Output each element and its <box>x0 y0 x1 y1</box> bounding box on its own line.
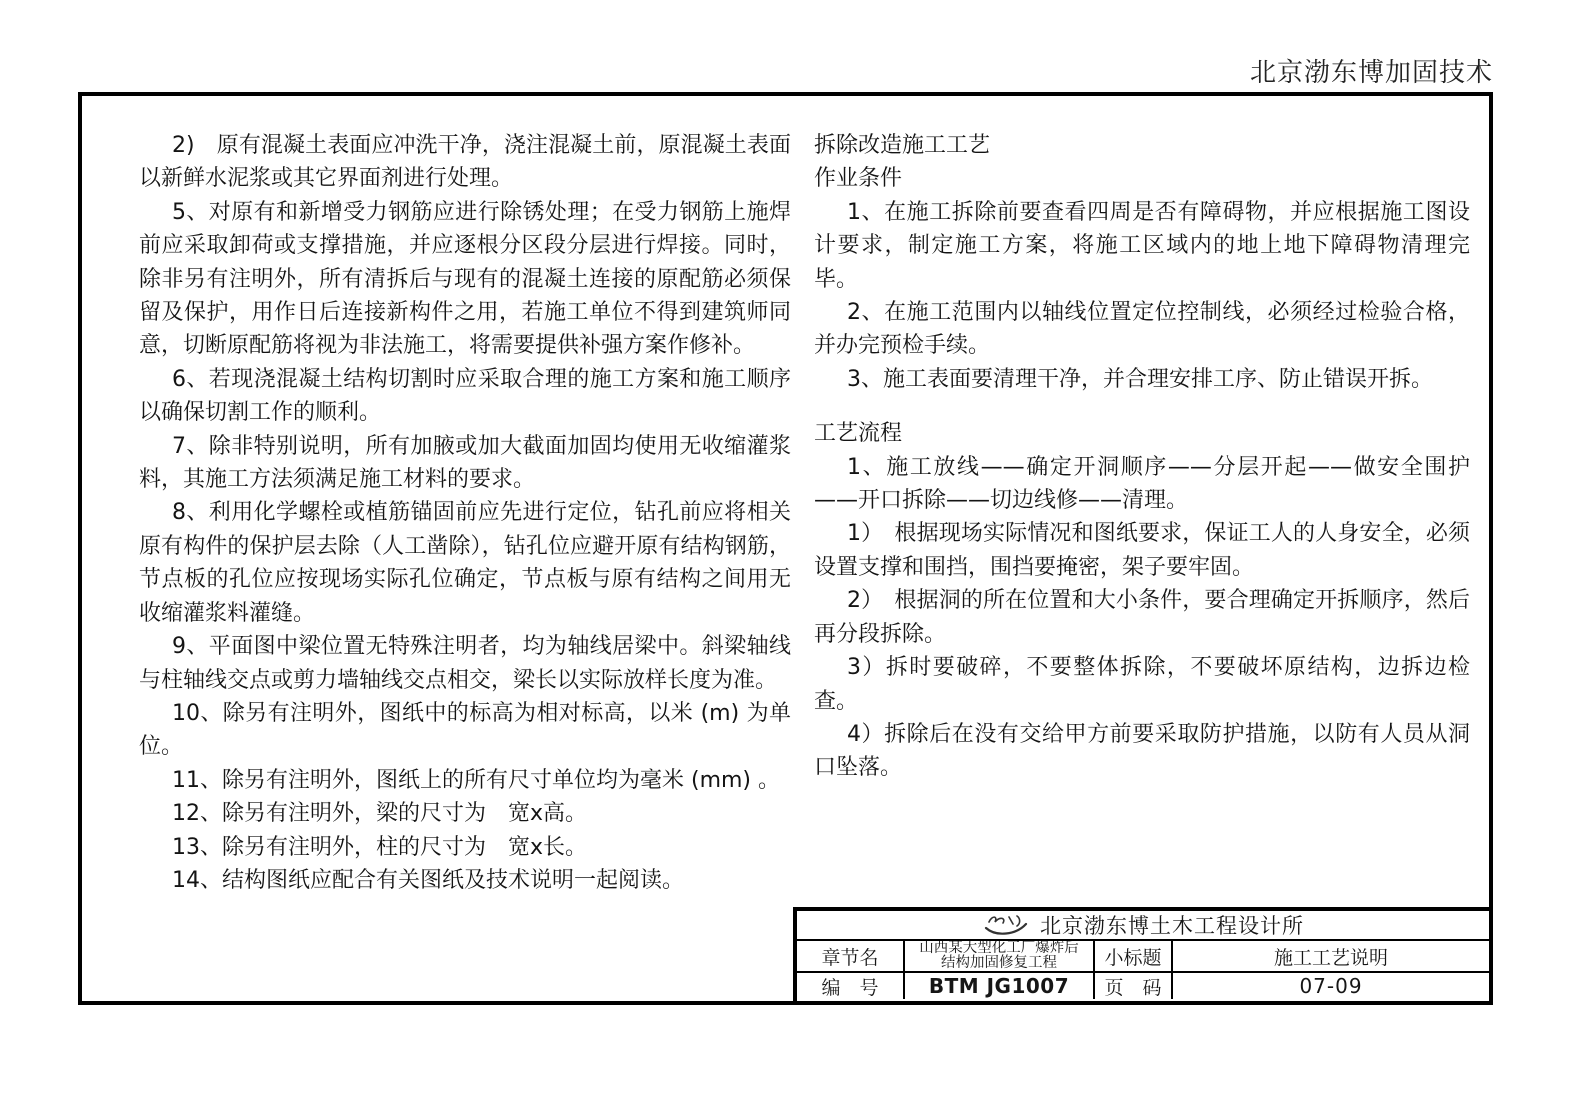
paragraph: 6、若现浇混凝土结构切割时应采取合理的施工方案和施工顺序以确保切割工作的顺利。 <box>139 363 791 430</box>
paragraph: 12、除另有注明外，梁的尺寸为 宽x高。 <box>139 797 791 830</box>
document-page: 北京渤东博加固技术 2) 原有混凝土表面应冲洗干净，浇注混凝土前，原混凝土表面以… <box>0 0 1571 1098</box>
number-label: 编 号 <box>797 973 903 999</box>
section-heading: 作业条件 <box>814 162 1470 195</box>
paragraph: 3）拆时要破碎，不要整体拆除，不要破坏原结构，边拆边检查。 <box>814 651 1470 718</box>
number-value: BTM JG1007 <box>903 973 1093 999</box>
paragraph: 2) 原有混凝土表面应冲洗干净，浇注混凝土前，原混凝土表面以新鲜水泥浆或其它界面… <box>139 129 791 196</box>
section-heading: 工艺流程 <box>814 417 1470 450</box>
title-block-header: 北京渤东博土木工程设计所 <box>797 911 1489 941</box>
paragraph: 1、施工放线——确定开洞顺序——分层开起——做安全围护——开口拆除——切边线修—… <box>814 451 1470 518</box>
subtitle-label: 小标题 <box>1093 941 1171 973</box>
paragraph: 2、在施工范围内以轴线位置定位控制线，必须经过检验合格，并办完预检手续。 <box>814 296 1470 363</box>
title-block: 北京渤东博土木工程设计所 章节名 山西某大型化工厂爆炸后 结构加固修复工程 小标… <box>793 907 1493 1005</box>
paragraph: 5、对原有和新增受力钢筋应进行除锈处理；在受力钢筋上施焊前应采取卸荷或支撑措施，… <box>139 196 791 363</box>
sheet-frame: 2) 原有混凝土表面应冲洗干净，浇注混凝土前，原混凝土表面以新鲜水泥浆或其它界面… <box>78 92 1493 1005</box>
subtitle-value: 施工工艺说明 <box>1171 941 1489 973</box>
paragraph: 9、平面图中梁位置无特殊注明者，均为轴线居梁中。斜梁轴线与柱轴线交点或剪力墙轴线… <box>139 630 791 697</box>
left-column: 2) 原有混凝土表面应冲洗干净，浇注混凝土前，原混凝土表面以新鲜水泥浆或其它界面… <box>139 129 791 897</box>
chapter-value-line1: 山西某大型化工厂爆炸后 <box>919 941 1079 956</box>
paragraph: 1） 根据现场实际情况和图纸要求，保证工人的人身安全，必须设置支撑和围挡，围挡要… <box>814 517 1470 584</box>
paragraph: 11、除另有注明外，图纸上的所有尺寸单位均为毫米 (mm) 。 <box>139 764 791 797</box>
institute-name: 北京渤东博土木工程设计所 <box>1040 910 1304 940</box>
page-label: 页 码 <box>1093 973 1171 999</box>
brand-header: 北京渤东博加固技术 <box>1250 52 1493 89</box>
chapter-value-line2: 结构加固修复工程 <box>919 956 1079 972</box>
chapter-value: 山西某大型化工厂爆炸后 结构加固修复工程 <box>903 941 1093 973</box>
title-block-table: 章节名 山西某大型化工厂爆炸后 结构加固修复工程 小标题 施工工艺说明 编 号 … <box>797 941 1489 999</box>
design-institute-logo-icon <box>982 912 1030 938</box>
paragraph: 10、除另有注明外，图纸中的标高为相对标高，以米 (m) 为单位。 <box>139 697 791 764</box>
right-column: 拆除改造施工工艺作业条件1、在施工拆除前要查看四周是否有障碍物，并应根据施工图设… <box>814 129 1470 785</box>
paragraph: 7、除非特别说明，所有加腋或加大截面加固均使用无收缩灌浆料，其施工方法须满足施工… <box>139 430 791 497</box>
paragraph: 13、除另有注明外，柱的尺寸为 宽x长。 <box>139 831 791 864</box>
paragraph: 8、利用化学螺栓或植筋锚固前应先进行定位，钻孔前应将相关原有构件的保护层去除（人… <box>139 496 791 630</box>
chapter-label: 章节名 <box>797 941 903 973</box>
paragraph: 4）拆除后在没有交给甲方前要采取防护措施，以防有人员从洞口坠落。 <box>814 718 1470 785</box>
page-value: 07-09 <box>1171 973 1489 999</box>
paragraph: 14、结构图纸应配合有关图纸及技术说明一起阅读。 <box>139 864 791 897</box>
paragraph: 1、在施工拆除前要查看四周是否有障碍物，并应根据施工图设计要求，制定施工方案，将… <box>814 196 1470 296</box>
paragraph: 2） 根据洞的所在位置和大小条件，要合理确定开拆顺序，然后再分段拆除。 <box>814 584 1470 651</box>
paragraph: 3、施工表面要清理干净，并合理安排工序、防止错误开拆。 <box>814 363 1470 396</box>
section-heading: 拆除改造施工工艺 <box>814 129 1470 162</box>
